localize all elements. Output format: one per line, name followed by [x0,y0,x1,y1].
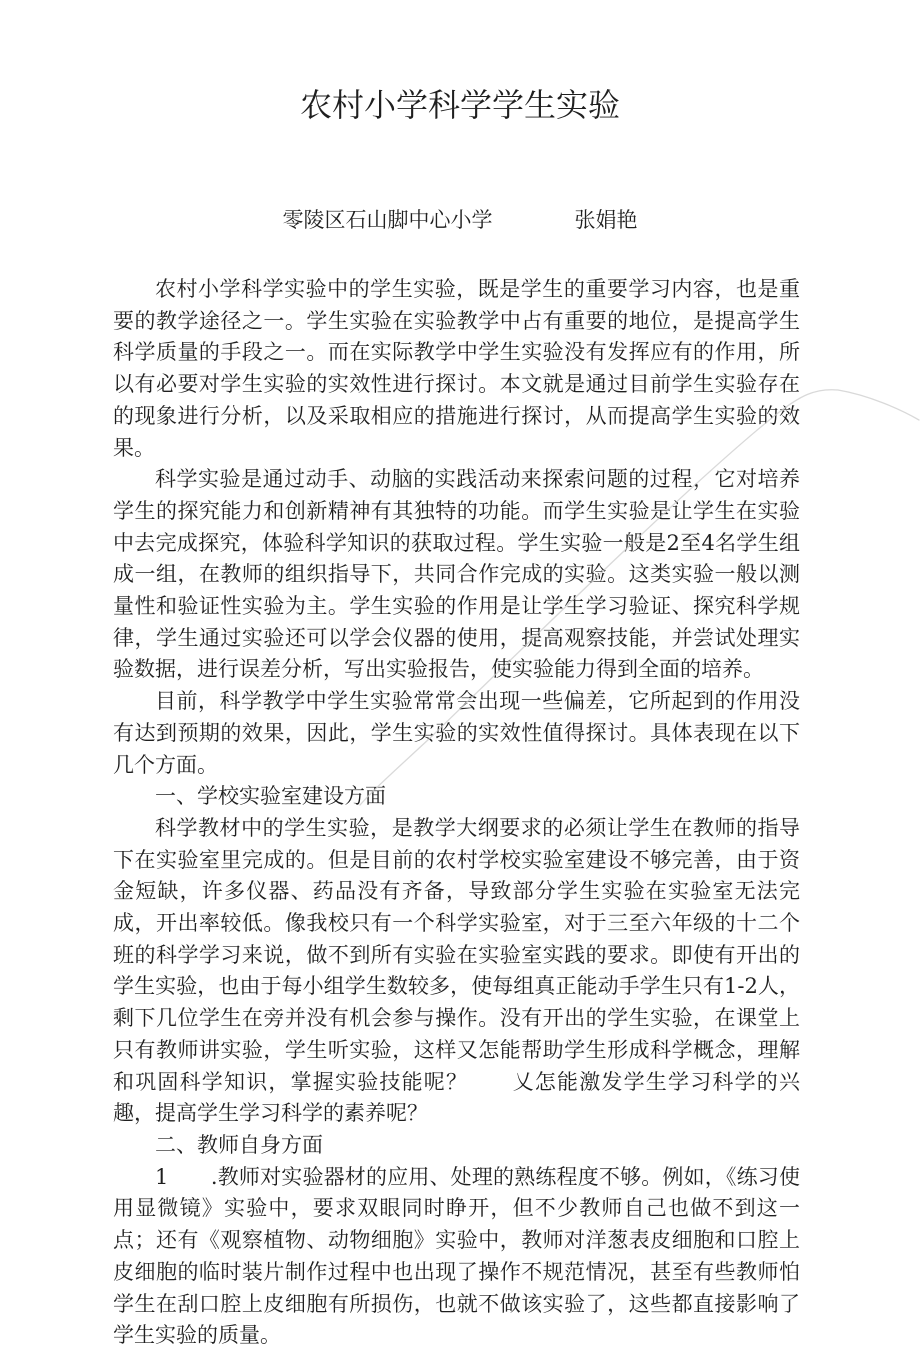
byline: 零陵区石山脚中心小学张娟艳 [0,205,920,236]
document-body: 农村小学科学实验中的学生实验，既是学生的重要学习内容，也是重要的教学途径之一。学… [113,274,800,1352]
paragraph-teacher-skill: 1 .教师对实验器材的应用、处理的熟练程度不够。例如，《练习使用显微镜》实验中，… [113,1162,800,1352]
paragraph-intro: 农村小学科学实验中的学生实验，既是学生的重要学习内容，也是重要的教学途径之一。学… [113,274,800,464]
byline-spacer [493,226,575,227]
paragraph-definition: 科学实验是通过动手、动脑的实践活动来探索问题的过程，它对培养学生的探究能力和创新… [113,464,800,686]
section-heading-1: 一、学校实验室建设方面 [113,781,800,813]
document-page: 农村小学科学学生实验 零陵区石山脚中心小学张娟艳 农村小学科学实验中的学生实验，… [0,0,920,1361]
paragraph-lab-construction: 科学教材中的学生实验，是教学大纲要求的必须让学生在教师的指导下在实验室里完成的。… [113,813,800,1130]
byline-school: 零陵区石山脚中心小学 [283,208,493,232]
paragraph-problems: 目前，科学教学中学生实验常常会出现一些偏差，它所起到的作用没有达到预期的效果，因… [113,686,800,781]
section-heading-2: 二、教师自身方面 [113,1130,800,1162]
byline-author: 张娟艳 [575,208,638,232]
page-title: 农村小学科学学生实验 [0,0,920,130]
